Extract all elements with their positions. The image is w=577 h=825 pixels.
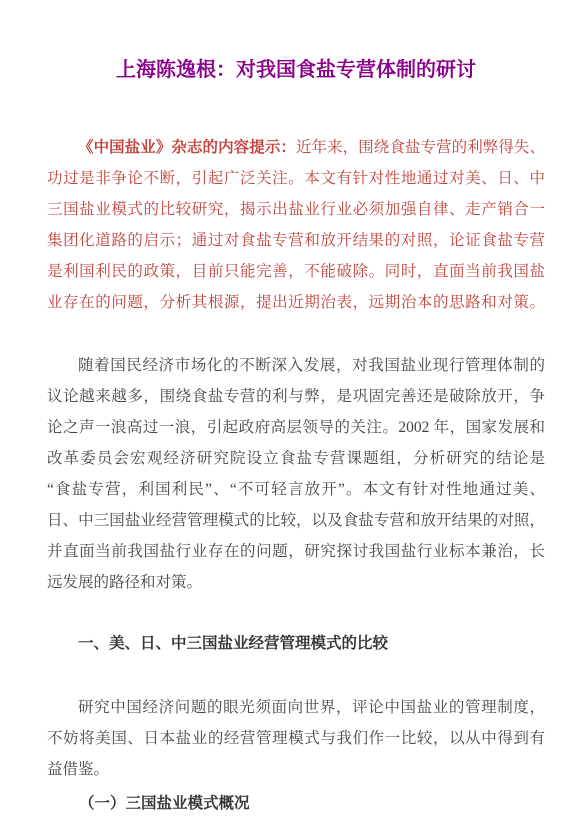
paragraph-line: 改革委员会宏观经济研究院设立食盐专营课题组，分析研究的结论是 — [47, 443, 545, 474]
document-page: 上海陈逸根：对我国食盐专营体制的研讨 《中国盐业》杂志的内容提示：近年来，围绕食… — [0, 0, 577, 825]
paragraph-line: 远发展的路径和对策。 — [47, 567, 545, 598]
paragraph-line: 研究中国经济问题的眼光须面向世界，评论中国盐业的管理制度， — [47, 692, 545, 723]
paragraph-line: 随着国民经济市场化的不断深入发展，对我国盐业现行管理体制的 — [47, 350, 545, 381]
abstract-line: 业存在的问题，分析其根源，提出近期治表，远期治本的思路和对策。 — [47, 287, 545, 318]
abstract-lead-label: 《中国盐业》杂志的内容提示： — [78, 139, 296, 156]
section-heading: 一、美、日、中三国盐业经营管理模式的比较 — [47, 628, 545, 659]
paragraph-line: 日、中三国盐业经营管理模式的比较，以及食盐专营和放开结果的对照， — [47, 505, 545, 536]
abstract-line: 三国盐业模式的比较研究，揭示出盐业行业必须加强自律、走产销合一 — [47, 194, 545, 225]
body-paragraph-2: 研究中国经济问题的眼光须面向世界，评论中国盐业的管理制度， 不妨将美国、日本盐业… — [47, 692, 545, 785]
abstract-line: 集团化道路的启示；通过对食盐专营和放开结果的对照，论证食盐专营 — [47, 225, 545, 256]
paragraph-line: 并直面当前我国盐行业存在的问题，研究探讨我国盐行业标本兼治，长 — [47, 536, 545, 567]
paragraph-line: “食盐专营，利国利民”、“不可轻言放开”。本文有针对性地通过美、 — [47, 474, 545, 505]
paragraph-line: 益借鉴。 — [47, 754, 545, 785]
body-paragraph-1: 随着国民经济市场化的不断深入发展，对我国盐业现行管理体制的 议论越来越多，围绕食… — [47, 350, 545, 598]
document-title: 上海陈逸根：对我国食盐专营体制的研讨 — [47, 55, 545, 85]
abstract-line: 《中国盐业》杂志的内容提示：近年来，围绕食盐专营的利弊得失、 — [47, 132, 545, 163]
abstract-line: 是利国利民的政策，目前只能完善，不能破除。同时，直面当前我国盐 — [47, 256, 545, 287]
subsection-heading: （一）三国盐业模式概况 — [47, 788, 545, 819]
abstract-line: 功过是非争论不断，引起广泛关注。本文有针对性地通过对美、日、中 — [47, 163, 545, 194]
paragraph-line: 论之声一浪高过一浪，引起政府高层领导的关注。2002 年，国家发展和 — [47, 412, 545, 443]
paragraph-line: 议论越来越多，围绕食盐专营的利与弊，是巩固完善还是破除放开，争 — [47, 381, 545, 412]
abstract-paragraph: 《中国盐业》杂志的内容提示：近年来，围绕食盐专营的利弊得失、 功过是非争论不断，… — [47, 132, 545, 318]
abstract-line-text: 近年来，围绕食盐专营的利弊得失、 — [296, 139, 545, 156]
paragraph-line: 不妨将美国、日本盐业的经营管理模式与我们作一比较，以从中得到有 — [47, 723, 545, 754]
